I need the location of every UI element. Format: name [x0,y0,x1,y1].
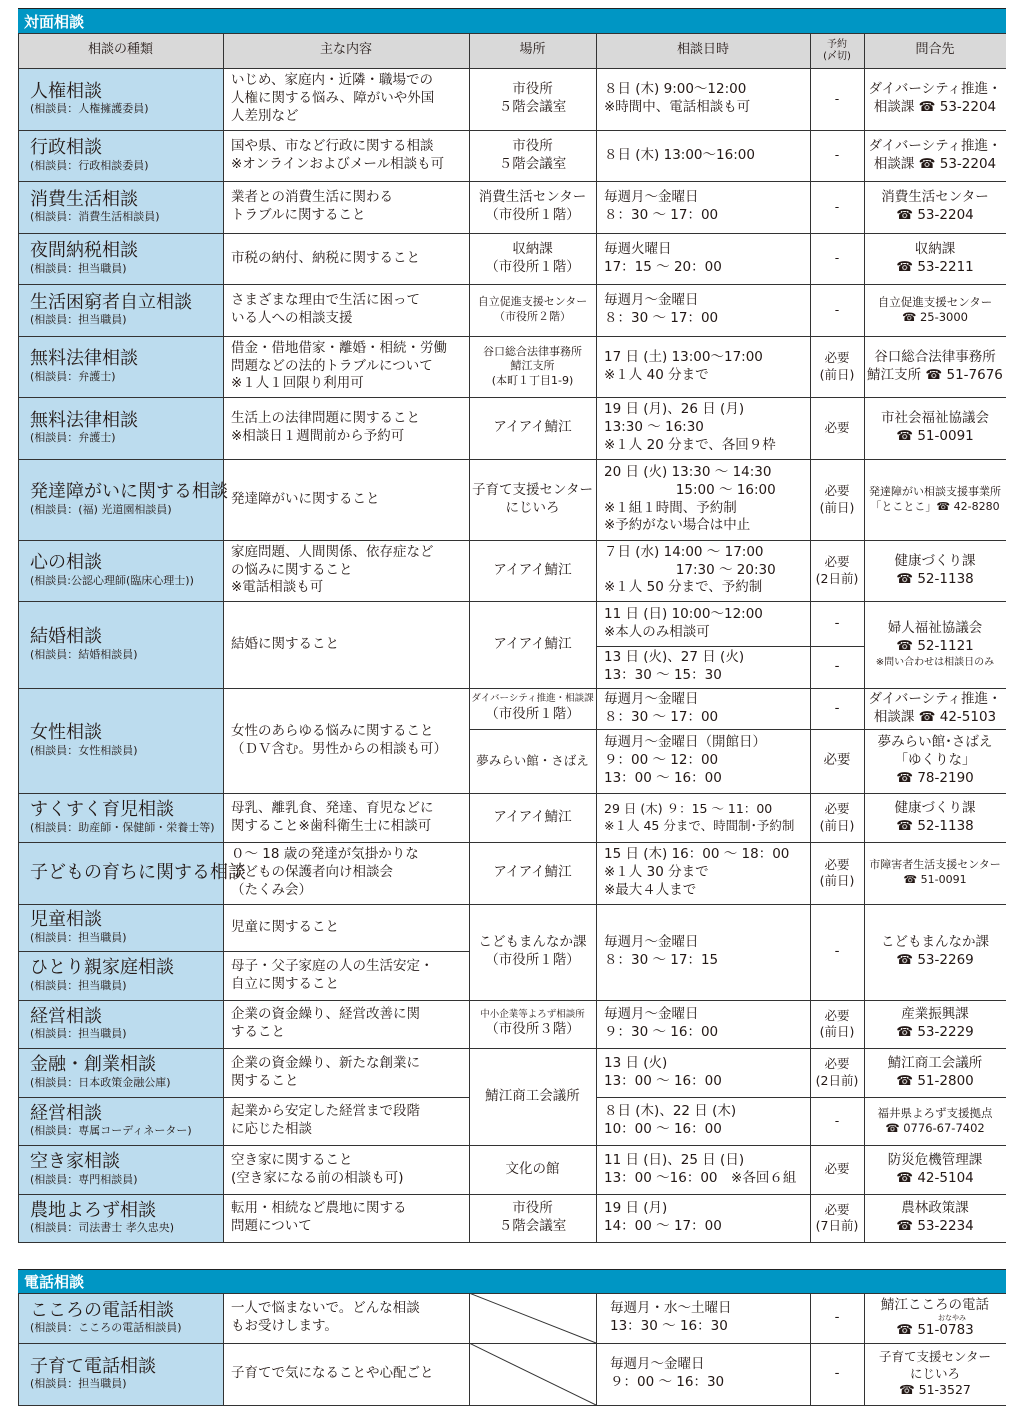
content-cell: 転用・相続など農地に関する 問題について [223,1194,469,1242]
contact-cell: 自立促進支援センター ☎ 25-3000 [864,284,1006,336]
place-cell: 市役所 ５階会議室 [469,1194,596,1242]
place-floor: （市役所３階） [485,1021,580,1039]
consultation-type-name: 児童相談 [30,910,215,931]
phone-consultation-type-cell: 子育て電話相談(相談員：担当職員) [18,1343,223,1405]
consultation-type-name: 生活困窮者自立相談 [30,293,215,314]
reservation-cell: - [810,1293,864,1343]
row-divider [596,1097,1006,1098]
datetime-cell: 毎週月～金曜日（開館日） ９：00 ～ 12：00 13：00 ～ 16：00 [596,729,810,793]
place-cell: 夢みらい館・さばえ [469,729,596,793]
content-cell: 子育てで気になることや心配ごと [223,1343,469,1405]
contact-cell: 子育て支援センター にじいろ ☎ 51-3527 [864,1343,1006,1405]
consultant-label: (相談員：専門相談員) [30,1173,215,1187]
column-divider [469,1293,470,1405]
consultation-type-cell: 発達障がいに関する相談(相談員：(福) 光道園相談員) [18,459,223,540]
consultation-type-cell: 経営相談(相談員：専属コーディネーター) [18,1097,223,1145]
consultation-type-name: 金融・創業相談 [30,1055,215,1076]
datetime-cell: 毎週月～金曜日 ９：30 ～ 16：00 [596,1000,810,1048]
consultation-type-name: ひとり親家庭相談 [30,958,215,979]
consultation-type-cell: 金融・創業相談(相談員：日本政策金融公庫) [18,1048,223,1097]
datetime-cell: 19 日 (月) 14：00 ～ 17：00 [596,1194,810,1242]
contact-cell: 鯖江こころの電話おなやみ☎ 51-0783 [864,1293,1006,1343]
consultant-label: (相談員：こころの電話相談員) [30,1321,215,1335]
datetime-cell: 毎週月～金曜日 ８：30 ～ 17：00 [596,181,810,233]
reservation-cell: - [810,601,864,646]
contact-phone: ☎ 51-0783 [896,1322,974,1340]
consultation-type-cell: ひとり親家庭相談(相談員：担当職員) [18,951,223,1000]
consultant-label: (相談員：弁護士) [30,370,215,384]
reservation-cell: 必要 [810,397,864,459]
column-divider [596,1293,597,1405]
consultation-type-name: 人権相談 [30,82,215,103]
consultant-label: (相談員：弁護士) [30,431,215,445]
consultant-label: (相談員：人権擁護委員) [30,102,215,116]
datetime-cell: 17 日 (土) 13:00～17:00 ※１人 40 分まで [596,336,810,397]
content-cell: さまざまな理由で生活に困って いる人への相談支援 [223,284,469,336]
datetime-cell: 毎週月～金曜日 ８：30 ～ 17：15 [596,904,810,1000]
row-divider [18,904,1006,905]
place-cell: アイアイ鯖江 [469,397,596,459]
place-cell: アイアイ鯖江 [469,842,596,904]
datetime-cell: 毎週火曜日 17：15 ～ 20：00 [596,233,810,284]
contact-cell: ダイバーシティ推進・ 相談課 ☎ 53-2204 [864,130,1006,181]
contact-cell: こどもまんなか課 ☎ 53-2269 [864,904,1006,1000]
consultation-type-cell: 無料法律相談(相談員：弁護士) [18,336,223,397]
column-header-datetime: 相談日時 [596,33,810,68]
column-divider [810,33,811,1242]
place-cell: アイアイ鯖江 [469,793,596,842]
row-divider [18,68,1006,69]
place-cell: 収納課 （市役所１階） [469,233,596,284]
datetime-cell: 13 日 (火) 13：00 ～ 16：00 [596,1048,810,1097]
place-cell: 市役所 ５階会議室 [469,68,596,130]
place-name: 中小企業等よろず相談所 [480,1009,585,1022]
consultant-label: (相談員：助産師・保健師・栄養士等) [30,821,215,835]
contact-cell: 農林政策課 ☎ 53-2234 [864,1194,1006,1242]
datetime-cell: 毎週月～金曜日 ８：30 ～ 17：00 [596,688,810,729]
consultation-type-name: 行政相談 [30,138,215,159]
row-divider [18,1242,1006,1243]
place-floor: （市役所１階） [485,706,580,724]
row-divider [18,336,1006,337]
consultation-type-name: 無料法律相談 [30,411,215,432]
section-title-phone: 電話相談 [18,1269,1006,1293]
content-cell: 借金・借地借家・離婚・相続・労働 問題などの法的トラブルについて ※１人１回限り… [223,336,469,397]
place-name: ダイバーシティ推進・相談課 [471,693,593,706]
consultant-label: (相談員：消費生活相談員) [30,210,215,224]
content-cell: 一人で悩まないで。どんな相談 もお受けします。 [223,1293,469,1343]
contact-note: ※問い合わせは相談日のみ [876,656,994,669]
contact-cell: 婦人福祉協議会 ☎ 52-1121※問い合わせは相談日のみ [864,601,1006,688]
place-cell: 中小企業等よろず相談所（市役所３階） [469,1000,596,1048]
datetime-cell: 11 日 (日)、25 日 (日) 13：00 ～16：00 ※各回６組 [596,1145,810,1194]
reservation-cell: 必要 (7日前) [810,1194,864,1242]
contact-cell: 健康づくり課 ☎ 52-1138 [864,540,1006,601]
row-divider [18,688,1006,689]
column-header-place: 場所 [469,33,596,68]
consultation-type-cell: 消費生活相談(相談員：消費生活相談員) [18,181,223,233]
row-divider [18,1048,1006,1049]
consultation-type-cell: 女性相談(相談員：女性相談員) [18,688,223,793]
consultation-type-name: 子どもの育ちに関する相談 [30,863,215,884]
section-title-in-person: 対面相談 [18,8,1006,33]
content-cell: 発達障がいに関すること [223,459,469,540]
contact-cell: 健康づくり課 ☎ 52-1138 [864,793,1006,842]
content-cell: 市税の納付、納税に関すること [223,233,469,284]
contact-cell: 発達障がい相談支援事業所 「とことこ」☎ 42-8280 [864,459,1006,540]
column-divider [864,33,865,1242]
reservation-cell: 必要 (2日前) [810,1048,864,1097]
row-divider [469,729,1006,730]
consultant-label: (相談員：結婚相談員) [30,648,215,662]
reservation-cell: - [810,68,864,130]
section-title-text: 対面相談 [24,11,84,32]
consultation-type-cell: 生活困窮者自立相談(相談員：担当職員) [18,284,223,336]
consultation-type-cell: 行政相談(相談員：行政相談委員) [18,130,223,181]
content-cell: 女性のあらゆる悩みに関すること （ＤＶ含む。男性からの相談も可） [223,688,469,793]
row-divider [18,601,1006,602]
row-divider [18,1000,1006,1001]
consultant-label: (相談員：担当職員) [30,262,215,276]
datetime-cell: 毎週月～金曜日 ８：30 ～ 17：00 [596,284,810,336]
consultation-type-name: 結婚相談 [30,627,215,648]
row-divider [18,233,1006,234]
consultant-label: (相談員：担当職員) [30,313,215,327]
datetime-cell: 11 日 (日) 10:00～12:00 ※本人のみ相談可 [596,601,810,646]
row-divider [18,1145,1006,1146]
column-divider [810,1293,811,1405]
consultant-label: (相談員：担当職員) [30,1027,215,1041]
reservation-cell: 必要 (前日) [810,842,864,904]
row-divider [18,459,1006,460]
consultation-type-cell: 心の相談(相談員:公認心理師(臨床心理士)) [18,540,223,601]
contact-cell: 夢みらい館･さばえ 「ゆくりな」 ☎ 78-2190 [864,729,1006,793]
reservation-cell: - [810,181,864,233]
place-cell: ダイバーシティ推進・相談課（市役所１階） [469,688,596,729]
consultation-type-name: 無料法律相談 [30,349,215,370]
reservation-cell: - [810,1343,864,1405]
consultant-label: (相談員：担当職員) [30,1377,215,1391]
datetime-cell: 毎週月～金曜日 ９：00 ～ 16：30 [596,1343,810,1405]
content-cell: 児童に関すること [223,904,469,951]
contact-cell: 市障害者生活支援センター ☎ 51-0091 [864,842,1006,904]
reservation-cell: 必要 (前日) [810,459,864,540]
consultant-label: (相談員：担当職員) [30,931,215,945]
consultation-type-name: 経営相談 [30,1104,215,1125]
datetime-cell: ７日 (水) 14:00 ～ 17:00 17:30 ～ 20:30 ※１人 5… [596,540,810,601]
content-cell: 結婚に関すること [223,601,469,688]
contact-cell: 市社会福祉協議会 ☎ 51-0091 [864,397,1006,459]
reservation-cell: - [810,233,864,284]
content-cell: 家庭問題、人間関係、依存症など の悩みに関すること ※電話相談も可 [223,540,469,601]
row-divider [18,1097,469,1098]
consultation-type-name: 経営相談 [30,1007,215,1028]
consultation-type-cell: 子どもの育ちに関する相談 [18,842,223,904]
datetime-cell: 毎週月・水～土曜日 13：30 ～ 16：30 [596,1293,810,1343]
row-divider [18,284,1006,285]
consultation-type-name: 夜間納税相談 [30,241,215,262]
column-divider [223,1293,224,1405]
consultant-label: (相談員：専属コーディネーター) [30,1124,215,1138]
ruby-text: おなやみ [938,1315,966,1322]
datetime-cell: 15 日 (木) 16：00 ～ 18：00 ※１人 30 分まで ※最大４人ま… [596,842,810,904]
place-cell: 子育て支援センター にじいろ [469,459,596,540]
consultation-type-name: こころの電話相談 [30,1301,215,1322]
place-cell: 市役所 ５階会議室 [469,130,596,181]
reservation-cell: 必要 [810,1145,864,1194]
column-header-type: 相談の種類 [18,33,223,68]
place-cell: 文化の館 [469,1145,596,1194]
place-cell: 谷口総合法律事務所 鯖江支所 (本町１丁目1-9) [469,336,596,397]
consultant-label: (相談員：司法書士 孝久忠央) [30,1221,215,1235]
contact-cell: 福井県よろず支援拠点 ☎ 0776-67-7402 [864,1097,1006,1145]
consultation-type-cell: 夜間納税相談(相談員：担当職員) [18,233,223,284]
consultation-type-cell: 空き家相談(相談員：専門相談員) [18,1145,223,1194]
row-divider [18,33,1006,34]
column-header-contact: 問合先 [864,33,1006,68]
row-divider [18,1405,1006,1406]
consultation-type-name: 農地よろず相談 [30,1201,215,1222]
place-cell: 消費生活センター （市役所１階） [469,181,596,233]
datetime-cell: 29 日 (木) ９：15 ～ 11：00 ※１人 45 分まで、時間制･予約制 [596,793,810,842]
consultation-type-name: すくすく育児相談 [30,800,215,821]
reservation-cell: 必要 [810,729,864,793]
column-divider [18,33,19,1242]
datetime-cell: ８日 (木) 13:00～16:00 [596,130,810,181]
contact-cell: 谷口総合法律事務所 鯖江支所 ☎ 51-7676 [864,336,1006,397]
row-divider [18,1194,1006,1195]
contact-cell: 鯖江商工会議所 ☎ 51-2800 [864,1048,1006,1097]
content-cell: 母子・父子家庭の人の生活安定・ 自立に関すること [223,951,469,1000]
content-cell: 母乳、離乳食、発達、育児などに 関すること※歯科衛生士に相談可 [223,793,469,842]
consultation-type-cell: 結婚相談(相談員：結婚相談員) [18,601,223,688]
section-title-text: 電話相談 [24,1271,84,1292]
contact-cell: 防災危機管理課 ☎ 42-5104 [864,1145,1006,1194]
reservation-cell: - [810,904,864,1000]
row-divider [18,793,1006,794]
consultant-label: (相談員：日本政策金融公庫) [30,1076,215,1090]
reservation-cell: - [810,688,864,729]
place-cell: 自立促進支援センター （市役所２階） [469,284,596,336]
consultation-type-cell: 経営相談(相談員：担当職員) [18,1000,223,1048]
reservation-cell: - [810,646,864,688]
consultation-type-name: 消費生活相談 [30,190,215,211]
column-header-content: 主な内容 [223,33,469,68]
place-cell: アイアイ鯖江 [469,601,596,688]
consultation-type-name: 空き家相談 [30,1152,215,1173]
consultant-label: (相談員:公認心理師(臨床心理士)) [30,574,215,588]
datetime-cell: 13 日 (火)、27 日 (火) 13：30 ～ 15：30 [596,646,810,688]
column-divider [864,1293,865,1405]
row-divider [18,540,1006,541]
content-cell: ０～ 18 歳の発達が気掛かりな 子どもの保護者向け相談会 （たくみ会） [223,842,469,904]
row-divider [18,951,469,952]
datetime-cell: 20 日 (火) 13:30 ～ 14:30 15:00 ～ 16:00 ※１組… [596,459,810,540]
content-cell: 国や県、市など行政に関する相談 ※オンラインおよびメール相談も可 [223,130,469,181]
consultation-type-name: 女性相談 [30,723,215,744]
consultant-label: (相談員：(福) 光道園相談員) [30,503,215,517]
reservation-cell: - [810,130,864,181]
consultation-type-cell: 農地よろず相談(相談員：司法書士 孝久忠央) [18,1194,223,1242]
reservation-cell: - [810,1097,864,1145]
consultation-type-name: 発達障がいに関する相談 [30,482,215,503]
contact-text: 鯖江こころの電話 [881,1297,989,1315]
consultant-label: (相談員：行政相談委員) [30,159,215,173]
content-cell: 企業の資金繰り、経営改善に関 すること [223,1000,469,1048]
column-divider [223,33,224,1242]
reservation-cell: 必要 (前日) [810,793,864,842]
contact-cell: ダイバーシティ推進・ 相談課 ☎ 53-2204 [864,68,1006,130]
content-cell: 起業から安定した経営まで段階 に応じた相談 [223,1097,469,1145]
consultant-label: (相談員：女性相談員) [30,744,215,758]
column-divider [469,33,470,1242]
contact-cell: ダイバーシティ推進・ 相談課 ☎ 42-5103 [864,688,1006,729]
column-divider [18,1293,19,1405]
datetime-cell: 19 日 (月)、26 日 (月) 13:30 ～ 16:30 ※１人 20 分… [596,397,810,459]
reservation-cell: - [810,284,864,336]
contact-text: 婦人福祉協議会 ☎ 52-1121 [888,620,983,656]
row-divider [18,181,1006,182]
column-divider [596,33,597,1242]
consultation-type-cell: 児童相談(相談員：担当職員) [18,904,223,951]
reservation-cell: 必要 (前日) [810,336,864,397]
place-cell: 鯖江商工会議所 [469,1048,596,1145]
contact-cell: 産業振興課 ☎ 53-2229 [864,1000,1006,1048]
content-cell: 空き家に関すること (空き家になる前の相談も可) [223,1145,469,1194]
reservation-cell: 必要 (前日) [810,1000,864,1048]
contact-cell: 消費生活センター ☎ 53-2204 [864,181,1006,233]
phone-consultation-type-cell: こころの電話相談(相談員：こころの電話相談員) [18,1293,223,1343]
consultant-label: (相談員：担当職員) [30,979,215,993]
consultation-type-cell: 人権相談(相談員：人権擁護委員) [18,68,223,130]
content-cell: 業者との消費生活に関わる トラブルに関すること [223,181,469,233]
datetime-cell: ８日 (木) 9:00～12:00 ※時間中、電話相談も可 [596,68,810,130]
not-applicable-diagonal [469,1293,598,1343]
not-applicable-diagonal [469,1343,598,1405]
row-divider [18,397,1006,398]
content-cell: 生活上の法律問題に関すること ※相談日１週間前から予約可 [223,397,469,459]
row-divider [596,646,864,647]
content-cell: いじめ、家庭内・近隣・職場での 人権に関する悩み、障がいや外国 人差別など [223,68,469,130]
datetime-cell: ８日 (木)、22 日 (木) 10：00 ～ 16：00 [596,1097,810,1145]
row-divider [18,1343,1006,1344]
consultation-type-name: 心の相談 [30,553,215,574]
place-cell: こどもまんなか課 （市役所１階） [469,904,596,1000]
row-divider [18,130,1006,131]
column-header-reservation: 予約 (〆切) [810,33,864,68]
reservation-cell: 必要 (2日前) [810,540,864,601]
place-cell: アイアイ鯖江 [469,540,596,601]
consultation-type-cell: 無料法律相談(相談員：弁護士) [18,397,223,459]
contact-cell: 収納課 ☎ 53-2211 [864,233,1006,284]
row-divider [18,1293,1006,1294]
row-divider [18,842,1006,843]
consultation-type-cell: すくすく育児相談(相談員：助産師・保健師・栄養士等) [18,793,223,842]
consultation-type-name: 子育て電話相談 [30,1357,215,1378]
content-cell: 企業の資金繰り、新たな創業に 関すること [223,1048,469,1097]
